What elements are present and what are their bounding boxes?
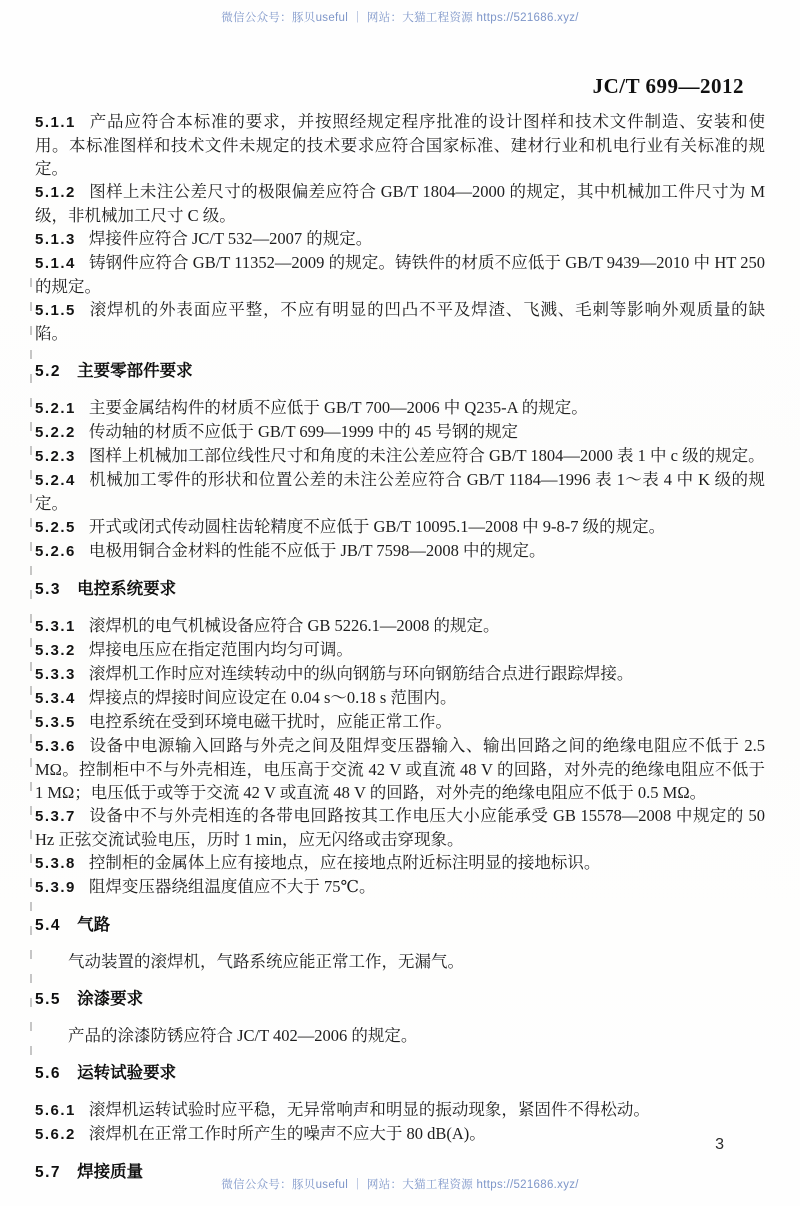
section-heading: 5.5涂漆要求 bbox=[35, 988, 765, 1011]
clause-paragraph: 5.2.4机械加工零件的形状和位置公差的未注公差应符合 GB/T 1184—19… bbox=[35, 468, 765, 515]
watermark-bottom: 微信公众号：豚贝useful ｜ 网站：大猫工程资源 https://52168… bbox=[0, 1176, 800, 1192]
clause-paragraph: 5.6.2滚焊机在正常工作时所产生的噪声不应大于 80 dB(A)。 bbox=[35, 1122, 765, 1146]
clause-number: 5.1.5 bbox=[35, 302, 76, 319]
clause-paragraph: 5.3.6设备中电源输入回路与外壳之间及阻焊变压器输入、输出回路之间的绝缘电阻应… bbox=[35, 734, 765, 804]
clause-number: 5.6 bbox=[35, 1065, 61, 1082]
clause-number: 5.5 bbox=[35, 991, 61, 1008]
clause-number: 5.2.4 bbox=[35, 472, 76, 489]
clause-paragraph: 5.1.2图样上未注公差尺寸的极限偏差应符合 GB/T 1804—2000 的规… bbox=[35, 180, 765, 227]
section-heading: 5.3电控系统要求 bbox=[35, 578, 765, 601]
scanned-page: 微信公众号：豚贝useful ｜ 网站：大猫工程资源 https://52168… bbox=[0, 0, 800, 1206]
clause-number: 5.2.5 bbox=[35, 519, 76, 536]
clause-number: 5.2.3 bbox=[35, 448, 76, 465]
clause-number: 5.1.2 bbox=[35, 184, 76, 201]
clause-number: 5.1.4 bbox=[35, 255, 76, 272]
clause-number: 5.1.3 bbox=[35, 231, 76, 248]
clause-number: 5.2.1 bbox=[35, 400, 76, 417]
clause-number: 5.3.3 bbox=[35, 666, 76, 683]
clause-number: 5.3.8 bbox=[35, 855, 76, 872]
clause-paragraph: 5.3.3滚焊机工作时应对连续转动中的纵向钢筋与环向钢筋结合点进行跟踪焊接。 bbox=[35, 662, 765, 686]
clause-paragraph: 5.3.7设备中不与外壳相连的各带电回路按其工作电压大小应能承受 GB 1557… bbox=[35, 804, 765, 851]
clause-paragraph: 5.2.3图样上机械加工部位线性尺寸和角度的未注公差应符合 GB/T 1804—… bbox=[35, 444, 765, 468]
clause-number: 5.6.2 bbox=[35, 1126, 76, 1143]
clause-number: 5.3.2 bbox=[35, 642, 76, 659]
clause-paragraph: 5.3.2焊接电压应在指定范围内均匀可调。 bbox=[35, 638, 765, 662]
clause-paragraph: 5.2.6电极用铜合金材料的性能不应低于 JB/T 7598—2008 中的规定… bbox=[35, 539, 765, 563]
clause-number: 5.1.1 bbox=[35, 114, 76, 131]
clause-number: 5.3.5 bbox=[35, 714, 76, 731]
clause-number: 5.3.1 bbox=[35, 618, 76, 635]
page-number: 3 bbox=[715, 1136, 724, 1154]
clause-paragraph: 5.1.3焊接件应符合 JC/T 532—2007 的规定。 bbox=[35, 227, 765, 251]
clause-paragraph: 5.3.4焊接点的焊接时间应设定在 0.04 s～0.18 s 范围内。 bbox=[35, 686, 765, 710]
clause-number: 5.4 bbox=[35, 917, 61, 934]
clause-paragraph: 5.1.5滚焊机的外表面应平整，不应有明显的凹凸不平及焊渣、飞溅、毛刺等影响外观… bbox=[35, 298, 765, 345]
clause-paragraph: 5.3.8控制柜的金属体上应有接地点，应在接地点附近标注明显的接地标识。 bbox=[35, 851, 765, 875]
section-heading: 5.2主要零部件要求 bbox=[35, 360, 765, 383]
watermark-top: 微信公众号：豚贝useful ｜ 网站：大猫工程资源 https://52168… bbox=[0, 9, 800, 25]
standard-number: JC/T 699—2012 bbox=[593, 74, 744, 99]
clause-paragraph: 5.1.4铸钢件应符合 GB/T 11352—2009 的规定。铸铁件的材质不应… bbox=[35, 251, 765, 298]
clause-number: 5.3.4 bbox=[35, 690, 76, 707]
clause-number: 5.3 bbox=[35, 581, 61, 598]
document-body: 5.1.1产品应符合本标准的要求，并按照经规定程序批准的设计图样和技术文件制造、… bbox=[35, 110, 765, 1197]
clause-paragraph: 5.2.1主要金属结构件的材质不应低于 GB/T 700—2006 中 Q235… bbox=[35, 396, 765, 420]
clause-paragraph: 5.3.9阻焊变压器绕组温度值应不大于 75℃。 bbox=[35, 875, 765, 899]
clause-paragraph: 5.2.5开式或闭式传动圆柱齿轮精度不应低于 GB/T 10095.1—2008… bbox=[35, 515, 765, 539]
body-paragraph: 产品的涂漆防锈应符合 JC/T 402—2006 的规定。 bbox=[35, 1024, 765, 1047]
section-heading: 5.6运转试验要求 bbox=[35, 1062, 765, 1085]
clause-paragraph: 5.3.5电控系统在受到环境电磁干扰时，应能正常工作。 bbox=[35, 710, 765, 734]
clause-paragraph: 5.2.2传动轴的材质不应低于 GB/T 699—1999 中的 45 号钢的规… bbox=[35, 420, 765, 444]
clause-paragraph: 5.6.1滚焊机运转试验时应平稳，无异常响声和明显的振动现象，紧固件不得松动。 bbox=[35, 1098, 765, 1122]
clause-paragraph: 5.1.1产品应符合本标准的要求，并按照经规定程序批准的设计图样和技术文件制造、… bbox=[35, 110, 765, 180]
body-paragraph: 气动装置的滚焊机，气路系统应能正常工作，无漏气。 bbox=[35, 950, 765, 973]
clause-number: 5.6.1 bbox=[35, 1102, 76, 1119]
clause-number: 5.2 bbox=[35, 363, 61, 380]
clause-number: 5.3.7 bbox=[35, 808, 76, 825]
clause-number: 5.3.6 bbox=[35, 738, 76, 755]
scan-artifact-binding-marks bbox=[30, 278, 32, 1068]
clause-number: 5.2.6 bbox=[35, 543, 76, 560]
clause-paragraph: 5.3.1滚焊机的电气机械设备应符合 GB 5226.1—2008 的规定。 bbox=[35, 614, 765, 638]
clause-number: 5.2.2 bbox=[35, 424, 76, 441]
clause-number: 5.3.9 bbox=[35, 879, 76, 896]
section-heading: 5.4气路 bbox=[35, 914, 765, 937]
